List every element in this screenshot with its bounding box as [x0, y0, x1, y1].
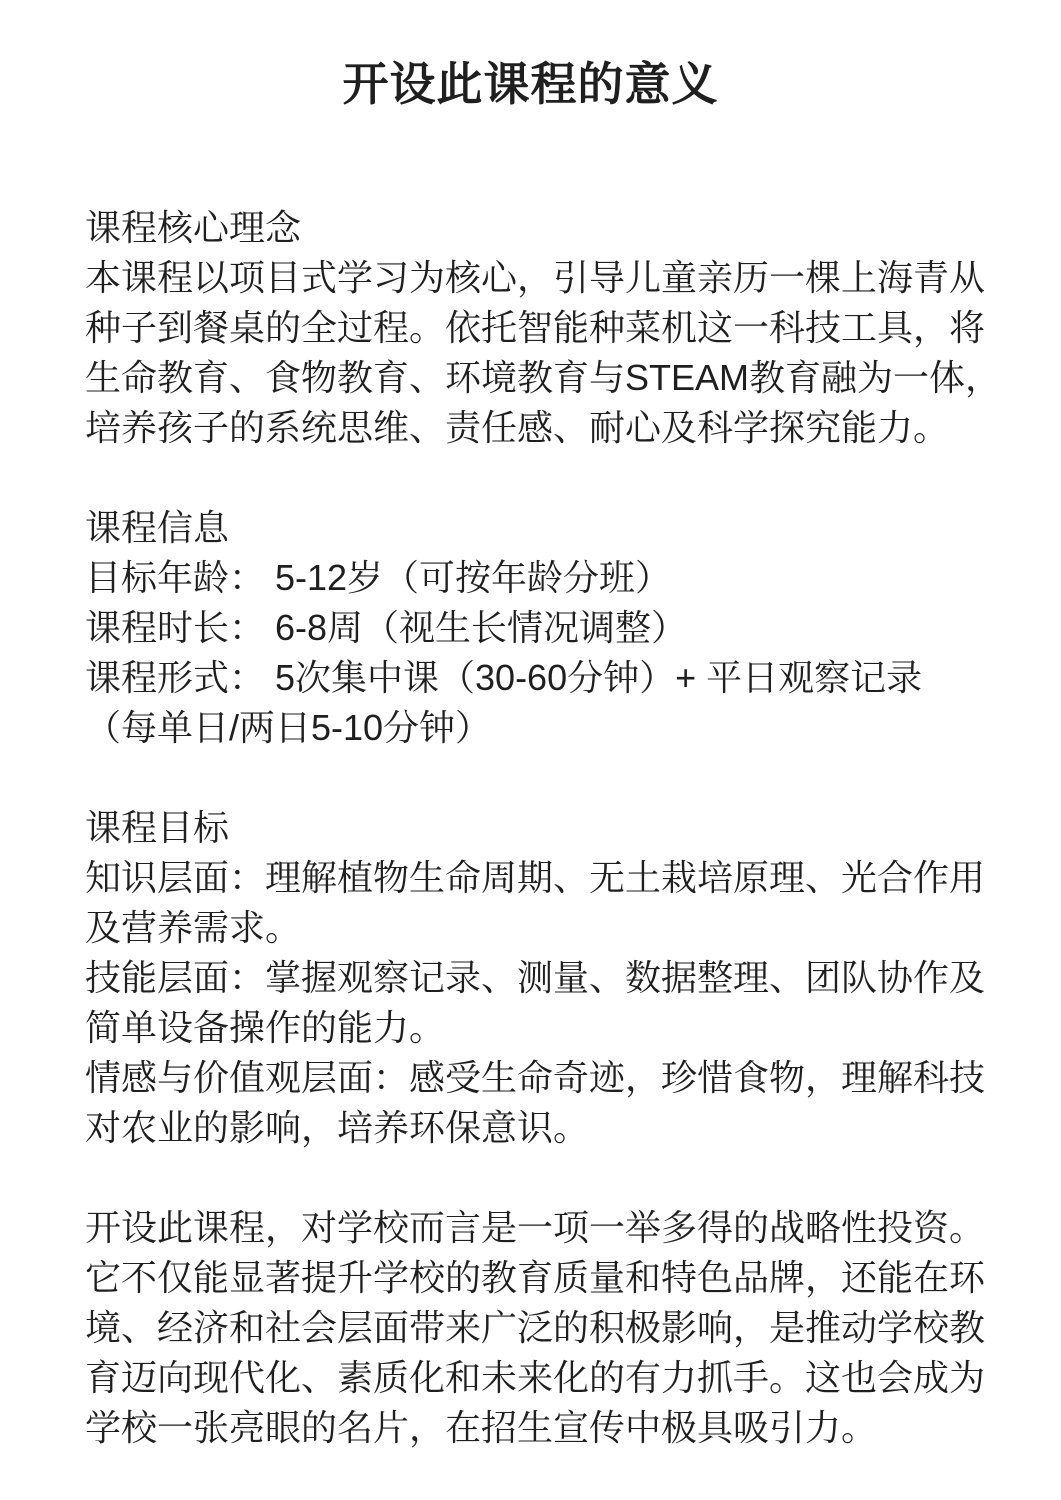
text-line: 本课程以项目式学习为核心，引导儿童亲历一棵上海青从 [85, 253, 976, 303]
text-line-course-duration: 课程时长： 6-8周（视生长情况调整） [85, 603, 976, 653]
text-line: 境、经济和社会层面带来广泛的积极影响，是推动学校教 [85, 1303, 976, 1353]
text-line-course-format-cont: （每单日/两日5-10分钟） [85, 703, 976, 753]
page-title: 开设此课程的意义 [85, 52, 976, 116]
text-line: 培养孩子的系统思维、责任感、耐心及科学探究能力。 [85, 403, 976, 453]
section-course-info: 课程信息 目标年龄： 5-12岁（可按年龄分班） 课程时长： 6-8周（视生长情… [85, 503, 976, 753]
section-heading: 课程目标 [85, 803, 976, 853]
text-line: 学校一张亮眼的名片，在招生宣传中极具吸引力。 [85, 1403, 976, 1453]
text-line-knowledge-cont: 及营养需求。 [85, 903, 976, 953]
section-heading: 课程信息 [85, 503, 976, 553]
text-line-target-age: 目标年龄： 5-12岁（可按年龄分班） [85, 553, 976, 603]
text-line-skills: 技能层面：掌握观察记录、测量、数据整理、团队协作及 [85, 953, 976, 1003]
document-page: 开设此课程的意义 课程核心理念 本课程以项目式学习为核心，引导儿童亲历一棵上海青… [0, 0, 1061, 1500]
text-line-values-cont: 对农业的影响，培养环保意识。 [85, 1103, 976, 1153]
section-conclusion: 开设此课程，对学校而言是一项一举多得的战略性投资。 它不仅能显著提升学校的教育质… [85, 1203, 976, 1453]
section-heading: 课程核心理念 [85, 203, 976, 253]
text-line-course-format: 课程形式： 5次集中课（30-60分钟）+ 平日观察记录 [85, 653, 976, 703]
section-course-goals: 课程目标 知识层面：理解植物生命周期、无土栽培原理、光合作用 及营养需求。 技能… [85, 803, 976, 1153]
text-line: 生命教育、食物教育、环境教育与STEAM教育融为一体， [85, 353, 976, 403]
text-line-values: 情感与价值观层面：感受生命奇迹，珍惜食物，理解科技 [85, 1053, 976, 1103]
text-line: 它不仅能显著提升学校的教育质量和特色品牌，还能在环 [85, 1253, 976, 1303]
section-core-concept: 课程核心理念 本课程以项目式学习为核心，引导儿童亲历一棵上海青从 种子到餐桌的全… [85, 203, 976, 453]
text-line-skills-cont: 简单设备操作的能力。 [85, 1003, 976, 1053]
text-line: 种子到餐桌的全过程。依托智能种菜机这一科技工具，将 [85, 303, 976, 353]
text-line: 开设此课程，对学校而言是一项一举多得的战略性投资。 [85, 1203, 976, 1253]
text-line: 育迈向现代化、素质化和未来化的有力抓手。这也会成为 [85, 1353, 976, 1403]
text-line-knowledge: 知识层面：理解植物生命周期、无土栽培原理、光合作用 [85, 853, 976, 903]
